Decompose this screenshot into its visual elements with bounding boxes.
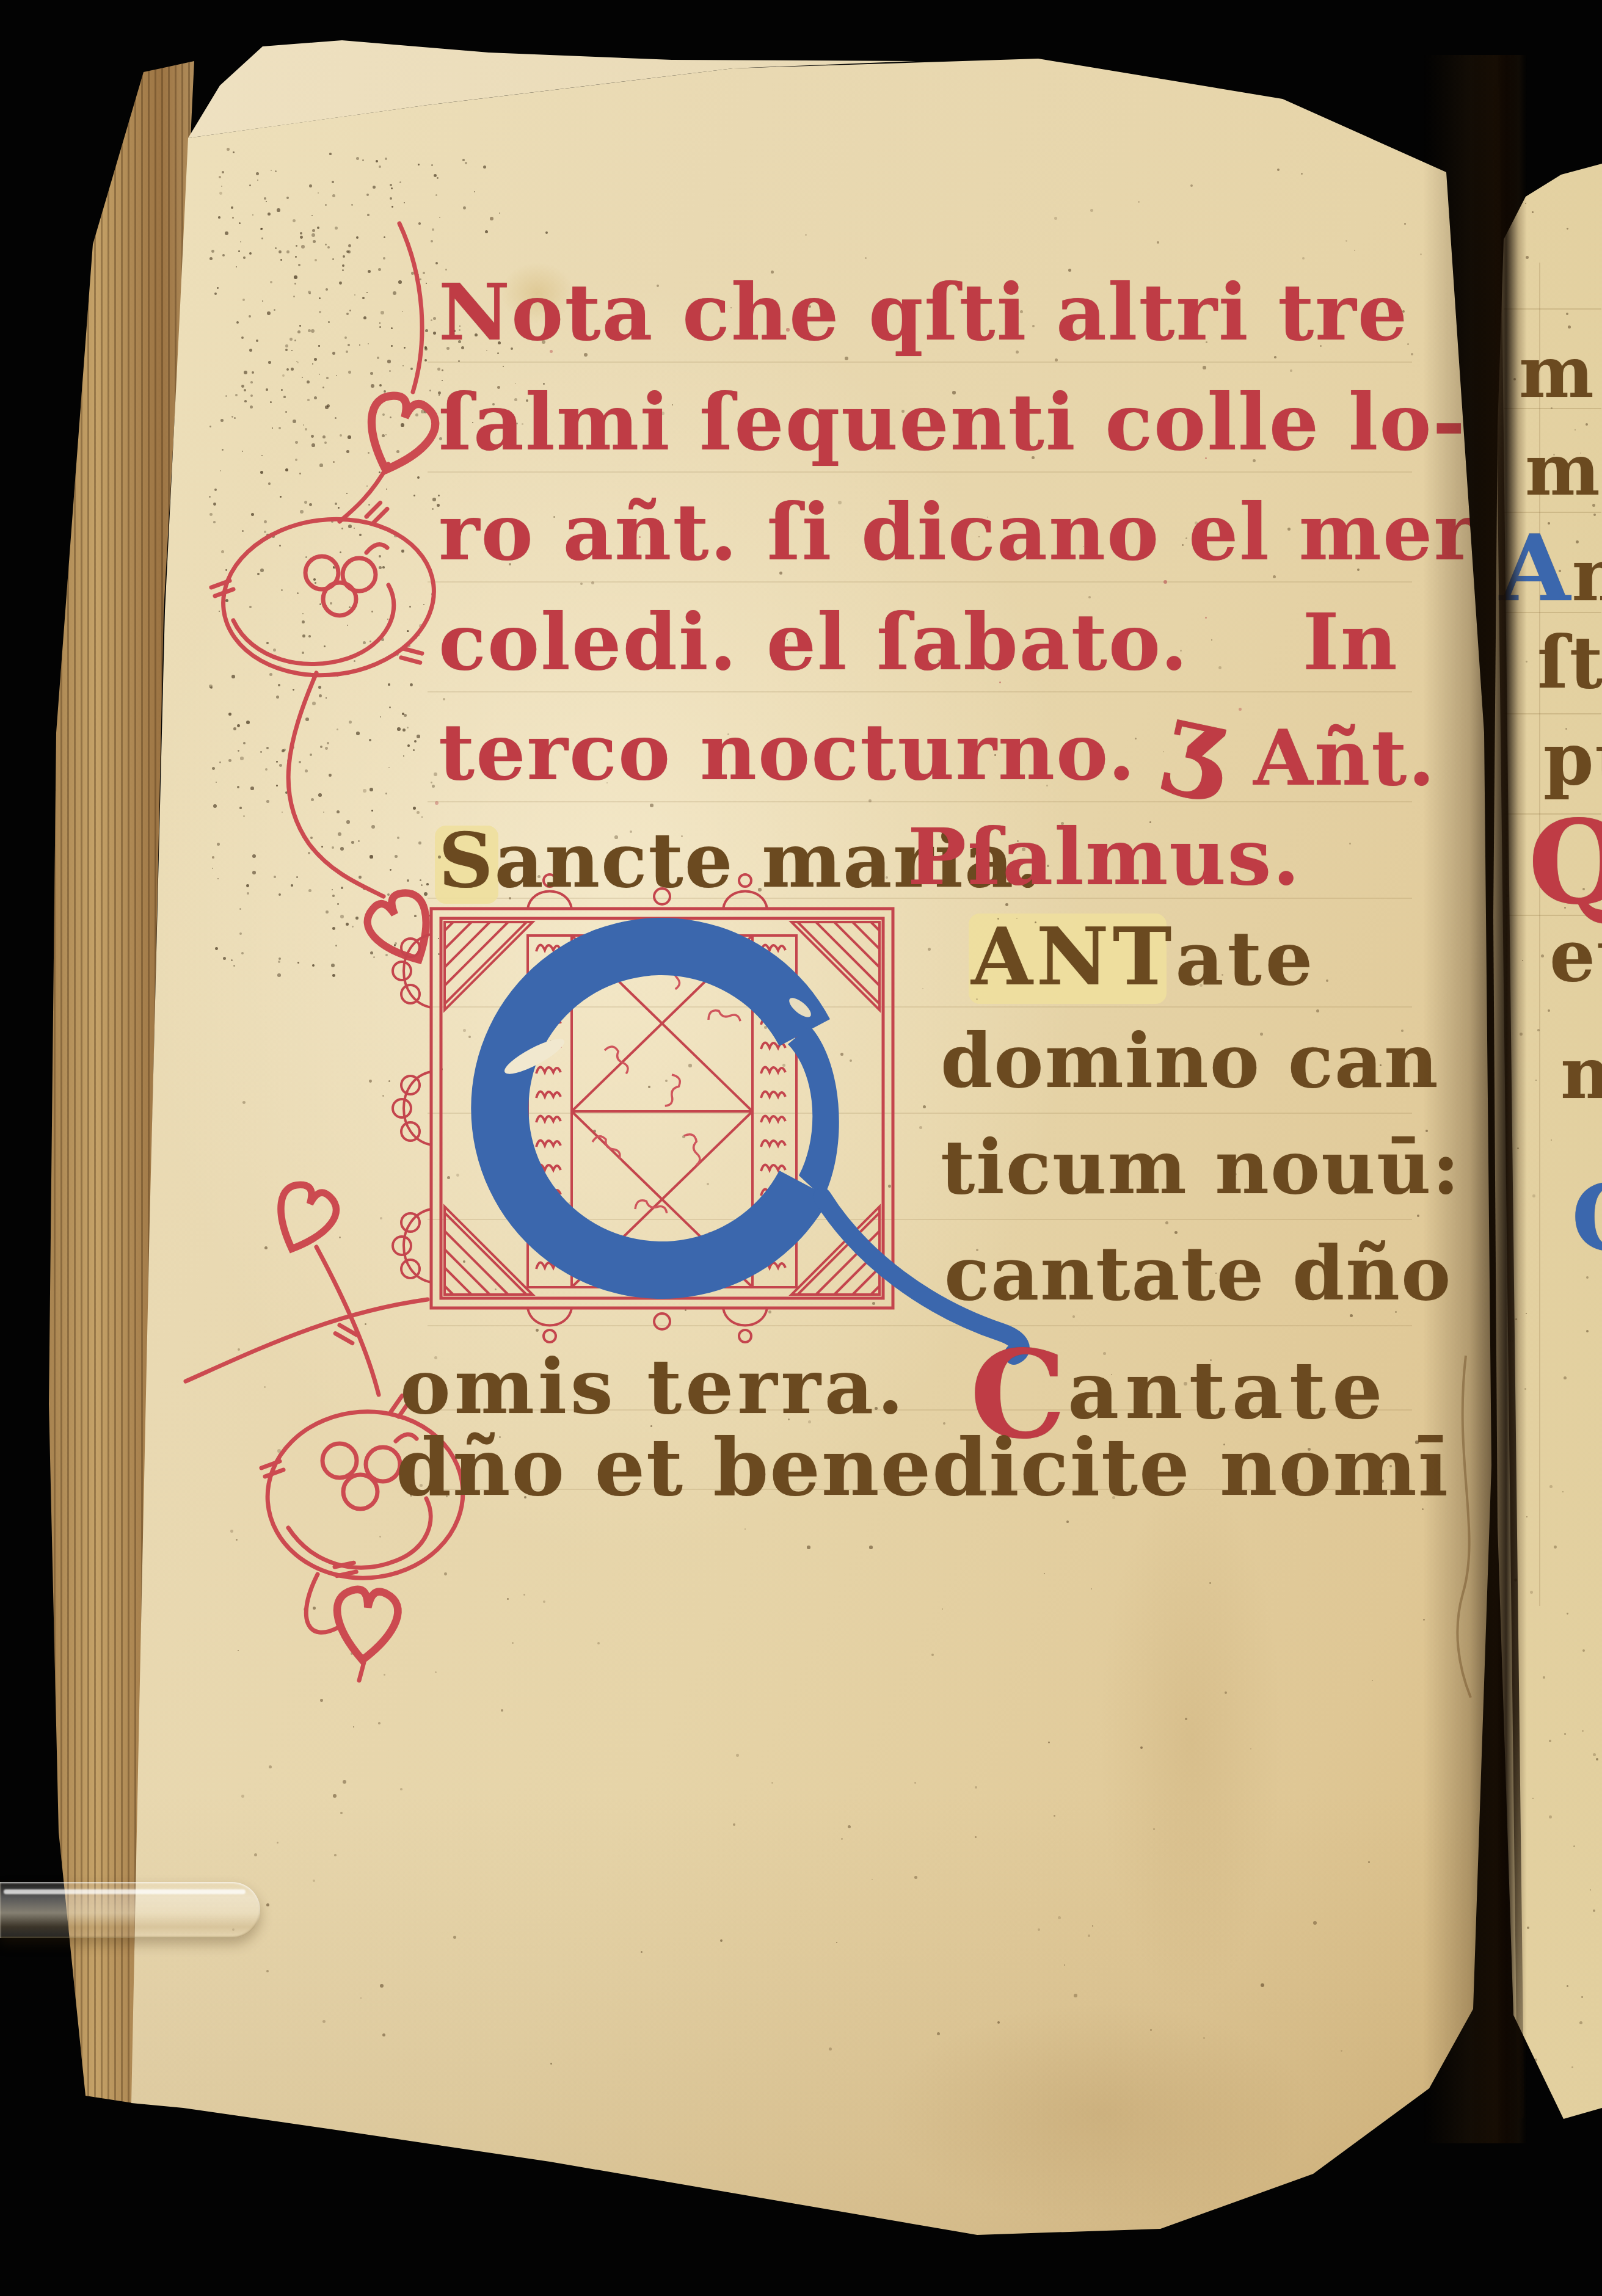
parchment-speckle [1596,1758,1598,1760]
parchment-speckle [1567,1613,1568,1615]
psalm-line: omis terra. [400,1350,907,1425]
psalm-line: domino can [941,1023,1440,1098]
rubric-line: coledi. el ſabato. In [439,603,1399,681]
rubric-line: terco nocturno. [439,713,1137,791]
parchment-speckle [1513,378,1516,380]
parchment-speckle [1543,1676,1545,1679]
parchment-speckle [1582,1649,1585,1652]
ruling-line [1504,308,1601,310]
parchment-speckle [1571,2066,1573,2068]
fragment-rest: n [1571,532,1602,617]
parchment-speckle [1590,1889,1591,1891]
parchment-speckle [1579,2021,1582,2024]
incipit-psalmus: Pſalmus. [908,818,1301,896]
facing-fragment: m t [1525,435,1602,506]
psalm-line: antate [1068,1351,1389,1430]
psalm-line: dño et benedicite nomī [396,1428,1449,1507]
manuscript-photo: Nota che qſti altri tre ſalmi ſequenti c… [0,0,1602,2296]
parchment-speckle [1515,1318,1517,1320]
parchment-speckle [1567,1985,1568,1987]
parchment-speckle [1520,1033,1523,1036]
parchment-speckle [1549,1740,1551,1742]
facing-fragment: m [1560,1038,1602,1109]
parchment-speckle [1586,423,1588,426]
parchment-speckle [1573,1845,1575,1847]
rubric-line: ro añt. ſi dicano el mer- [439,493,1510,572]
ruling-line [1504,512,1601,513]
psalm-line: ticum nouū: [941,1130,1461,1204]
parchment-speckle [1566,313,1568,315]
parchment-speckle [1526,256,1529,259]
parchment-speckle [1517,1147,1519,1149]
parchment-speckle [1535,1080,1537,1081]
parchment-speckle [1549,1815,1552,1818]
rubric-line: ſalmi ſequenti colle lo- [439,383,1466,462]
psalm-caps: ANT [971,910,1175,1003]
facing-fragment: m c [1519,337,1602,408]
parchment-speckle [1554,1546,1557,1549]
psalm-rest: ate [1175,914,1316,1002]
facing-fragment: An [1499,523,1602,614]
facing-fragment: Qu [1528,805,1602,921]
parchment-speckle [1568,325,1571,329]
decorated-initial-panel: . [379,867,1038,1423]
main-page: Nota che qſti altri tre ſalmi ſequenti c… [0,0,1602,2296]
blue-initial-A: A [1499,515,1571,622]
acrylic-page-holder-rod [0,1882,260,1938]
parchment-speckle [1534,2058,1537,2062]
parchment-speckle [1532,1194,1535,1197]
initial-letter: C [0,0,1,1]
parchment-speckle [1526,1313,1527,1314]
facing-fragment: pu [1543,723,1602,795]
parchment-speckle [1586,1330,1589,1332]
parchment-speckle [1562,1491,1564,1492]
parchment-speckle [1526,661,1527,663]
parchment-speckle [1582,1730,1584,1732]
parchment-speckle [1586,1276,1589,1279]
parchment-speckle [1593,1909,1595,1912]
antiphon-abbreviation: Añt. [1253,719,1436,796]
parchment-speckle [1532,1798,1534,1799]
facing-fragment: ſte [1537,627,1602,699]
parchment-speckle [1593,514,1596,516]
parchment-speckle [1548,1009,1550,1012]
parchment-speckle [1581,1996,1583,1998]
parchment-speckle [1564,1376,1567,1379]
facing-fragment: C [1571,1172,1602,1264]
parchment-speckle [1541,954,1544,957]
parchment-speckle [1530,1591,1533,1594]
ruling-line [1504,713,1601,714]
facing-fragment: et [1549,920,1602,992]
parchment-speckle [1527,1927,1529,1929]
parchment-speckle [1564,1733,1566,1735]
parchment-speckle [1551,1139,1552,1141]
red-initial-Q: Q [1528,794,1602,931]
parchment-speckle [1525,203,1526,204]
parchment-speckle [1522,960,1523,961]
parchment-speckle [1532,211,1534,213]
psalm-line: cantate dño [944,1236,1452,1310]
parchment-speckle [1549,1485,1553,1488]
parchment-speckle [1526,1516,1527,1517]
parchment-speckle [1593,1753,1596,1756]
parchment-speckle [1509,1930,1510,1932]
rubric-line: Nota che qſti altri tre [439,274,1408,352]
parchment-speckle [1524,1388,1526,1390]
psalm-line: ANTate [971,917,1316,997]
parchment-speckle [1567,228,1568,230]
